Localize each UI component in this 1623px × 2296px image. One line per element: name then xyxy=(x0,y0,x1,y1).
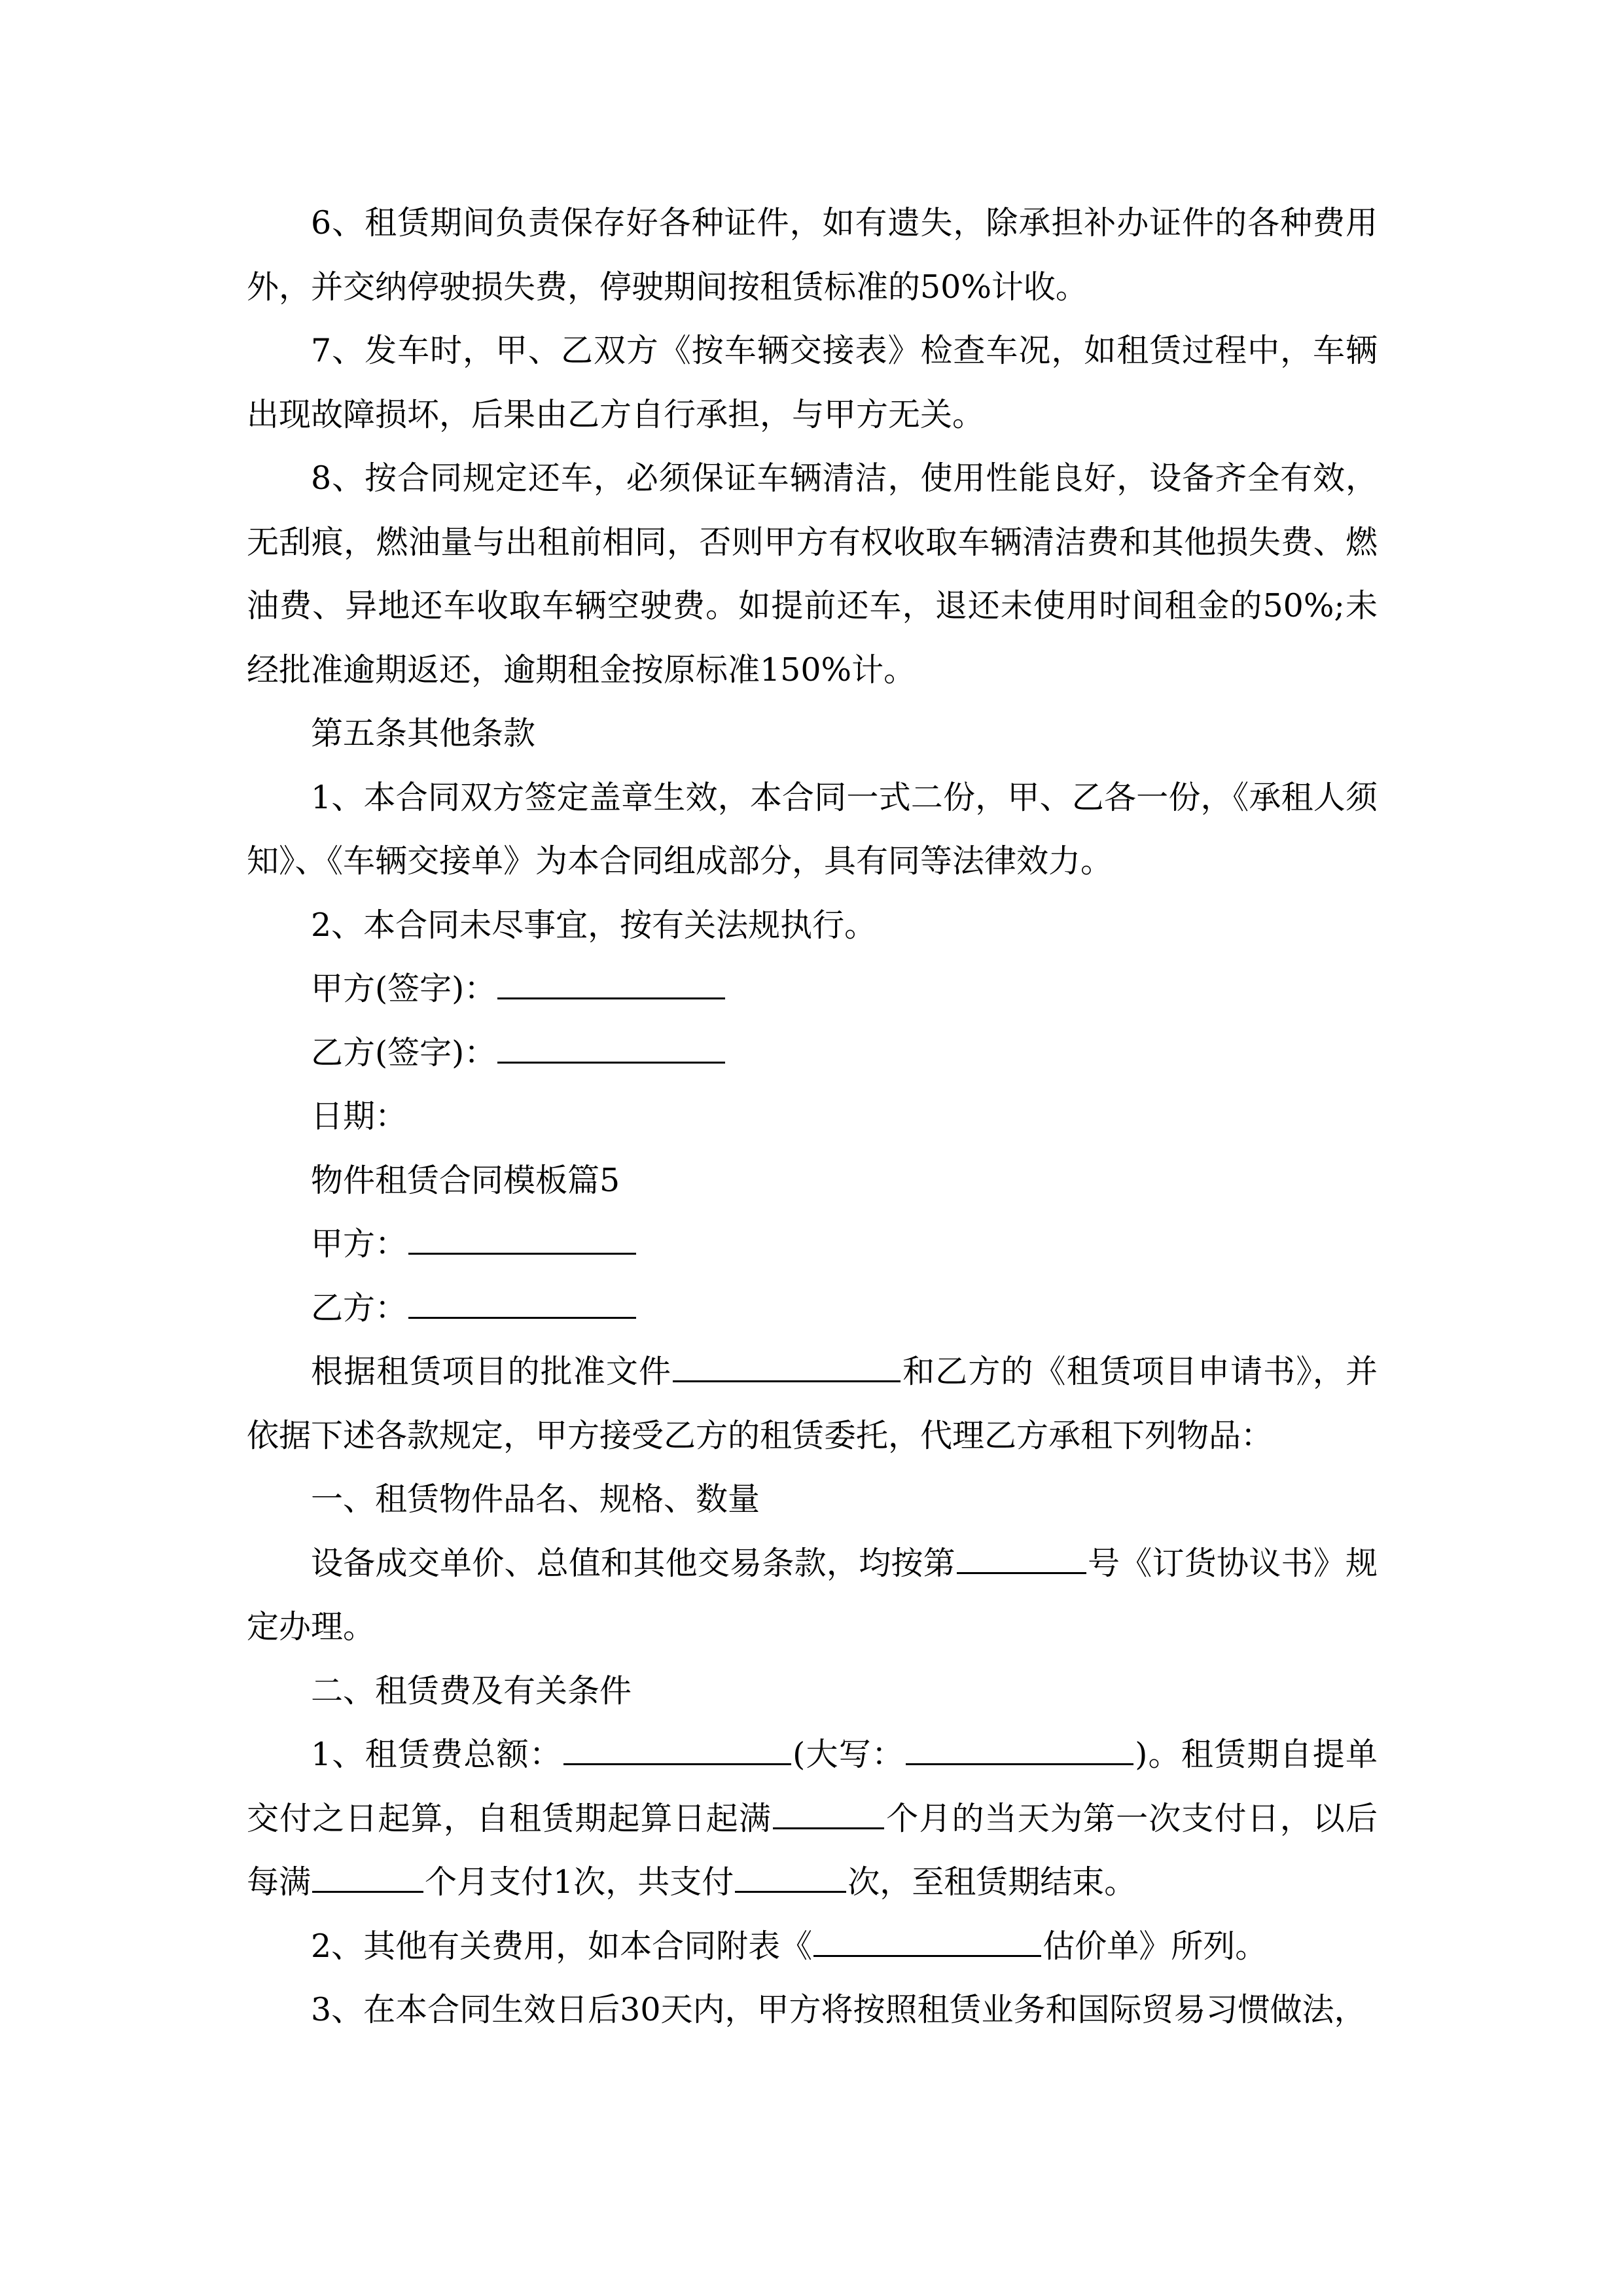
article-5-item-1: 1、本合同双方签定盖章生效，本合同一式二份，甲、乙各一份，《承租人须知》、《车辆… xyxy=(247,766,1378,893)
section-1-text-1: 设备成交单价、总值和其他交易条款，均按第 xyxy=(311,1545,955,1582)
template-5-party-b-line: 乙方： xyxy=(247,1276,1378,1340)
template-5-party-a-blank[interactable] xyxy=(408,1225,636,1255)
template-5-party-b-blank[interactable] xyxy=(408,1289,636,1319)
section-2-item-2: 2、其他有关费用，如本合同附表《估价单》所列。 xyxy=(247,1914,1378,1979)
date-line: 日期： xyxy=(247,1085,1378,1149)
party-a-signature-blank[interactable] xyxy=(497,970,725,999)
section-2-item-1: 1、租赁费总额：(大写：)。租赁期自提单交付之日起算，自租赁期起算日起满个月的当… xyxy=(247,1723,1378,1914)
document-page: 6、租赁期间负责保存好各种证件，如有遗失，除承担补办证件的各种费用外，并交纳停驶… xyxy=(247,191,1378,2042)
item-1-text-2: (大写： xyxy=(793,1736,904,1773)
template-5-party-a-label: 甲方： xyxy=(311,1225,407,1263)
section-2-title: 二、租赁费及有关条件 xyxy=(247,1659,1378,1723)
total-rent-uppercase-blank[interactable] xyxy=(906,1736,1133,1765)
item-2-text-1: 2、其他有关费用，如本合同附表《 xyxy=(311,1928,812,1965)
clause-6: 6、租赁期间负责保存好各种证件，如有遗失，除承担补办证件的各种费用外，并交纳停驶… xyxy=(247,191,1378,319)
section-1-title: 一、租赁物件品名、规格、数量 xyxy=(247,1467,1378,1532)
party-b-signature-blank[interactable] xyxy=(497,1034,725,1064)
total-rent-blank[interactable] xyxy=(563,1736,791,1765)
party-b-signature-label: 乙方(签字)： xyxy=(311,1034,496,1071)
intro-text-1: 根据租赁项目的批准文件 xyxy=(311,1353,671,1390)
payment-count-blank[interactable] xyxy=(735,1863,846,1893)
template-5-intro: 根据租赁项目的批准文件和乙方的《租赁项目申请书》，并依据下述各款规定，甲方接受乙… xyxy=(247,1340,1378,1467)
section-1-body: 设备成交单价、总值和其他交易条款，均按第号《订货协议书》规定办理。 xyxy=(247,1532,1378,1659)
template-5-party-a-line: 甲方： xyxy=(247,1212,1378,1276)
order-agreement-number-blank[interactable] xyxy=(957,1545,1086,1574)
approval-document-blank[interactable] xyxy=(673,1353,901,1382)
party-a-signature-line: 甲方(签字)： xyxy=(247,957,1378,1021)
date-label: 日期： xyxy=(311,1098,407,1135)
item-1-text-6: 次，至租赁期结束。 xyxy=(847,1863,1136,1901)
item-1-text-1: 1、租赁费总额： xyxy=(311,1736,562,1773)
article-5-heading: 第五条其他条款 xyxy=(247,702,1378,766)
section-2-item-3: 3、在本合同生效日后30天内，甲方将按照租赁业务和国际贸易习惯做法， xyxy=(247,1978,1378,2042)
article-5-item-2: 2、本合同未尽事宜，按有关法规执行。 xyxy=(247,893,1378,958)
clause-8: 8、按合同规定还车，必须保证车辆清洁，使用性能良好，设备齐全有效，无刮痕，燃油量… xyxy=(247,446,1378,702)
template-5-title: 物件租赁合同模板篇5 xyxy=(247,1149,1378,1213)
party-b-signature-line: 乙方(签字)： xyxy=(247,1021,1378,1085)
item-1-text-5: 个月支付1次，共支付 xyxy=(425,1863,734,1901)
estimate-sheet-blank[interactable] xyxy=(813,1928,1041,1957)
first-payment-months-blank[interactable] xyxy=(773,1800,884,1829)
clause-7: 7、发车时，甲、乙双方《按车辆交接表》检查车况，如租赁过程中，车辆出现故障损坏，… xyxy=(247,319,1378,446)
payment-interval-months-blank[interactable] xyxy=(312,1863,423,1893)
item-2-text-2: 估价单》所列。 xyxy=(1043,1928,1267,1965)
party-a-signature-label: 甲方(签字)： xyxy=(311,970,496,1007)
template-5-party-b-label: 乙方： xyxy=(311,1289,407,1327)
